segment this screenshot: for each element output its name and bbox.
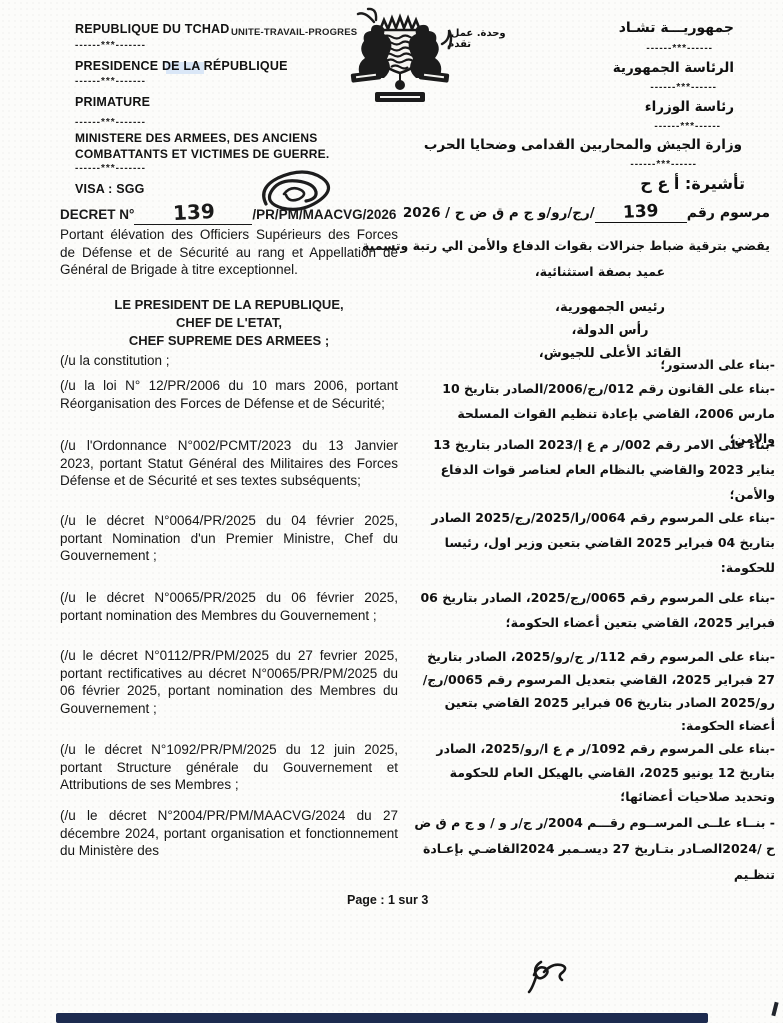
- ar-visa-constitution: -بناء على الدستور؛: [408, 352, 775, 377]
- fr-president-line3: CHEF SUPREME DES ARMEES ;: [60, 332, 398, 350]
- fr-visa-decret-1092: (/u le décret N°1092/PR/PM/2025 du 12 ju…: [60, 741, 398, 794]
- fr-visa-decret-0112: (/u le décret N°0112/PR/PM/2025 du 27 fe…: [60, 647, 398, 717]
- ar-primature-title: رئاسة الوزراء: [645, 99, 734, 115]
- fr-visa-decret-2004: (/u le décret N°2004/PR/PM/MAACVG/2024 d…: [60, 807, 398, 860]
- ar-visa-label: تأشيرة: أ ع ح: [640, 174, 745, 193]
- fr-motto: UNITE-TRAVAIL-PROGRES: [231, 27, 357, 38]
- page-bottom-edge: [56, 1013, 708, 1023]
- fr-decree-suffix: /PR/PM/MAACVG/2026: [252, 207, 396, 222]
- ar-decree-suffix: /رج/رو/و ج م ق ض ح / 2026: [403, 205, 595, 221]
- ar-ministry-title: وزارة الجيش والمحاربين القدامى وضحايا ال…: [424, 137, 742, 153]
- chad-coat-of-arms-icon: [347, 6, 453, 106]
- separator-dashes: ------***-------: [75, 40, 146, 51]
- separator-dashes: ------***------: [654, 121, 721, 132]
- fr-visa-loi-2006: (/u la loi N° 12/PR/2006 du 10 mars 2006…: [60, 377, 398, 412]
- fr-ministry-line2: COMBATTANTS ET VICTIMES DE GUERRE.: [75, 147, 329, 161]
- separator-dashes: ------***------: [650, 82, 717, 93]
- fr-presidency-title: PRESIDENCE DE LA RÉPUBLIQUE: [75, 59, 288, 73]
- ar-visa-decret-0065: -بناء على المرسوم رقم 0065/رج/2025، الصا…: [408, 585, 775, 635]
- ar-visa-decret-0064: -بناء على المرسوم رقم 0064/را/2025/رج/20…: [408, 505, 775, 580]
- ar-decree-subject-line1: يقضي بترقية ضباط جنرالات بقوات الدفاع وا…: [362, 238, 770, 253]
- ar-visa-decret-0112: -بناء على المرسوم رقم 112/ر ج/رو/2025، ا…: [408, 645, 775, 737]
- fr-visa-constitution: (/u la constitution ;: [60, 352, 398, 370]
- fr-visa-decret-0065: (/u le décret N°0065/PR/2025 du 06 févri…: [60, 589, 398, 624]
- fr-primature-title: PRIMATURE: [75, 95, 150, 109]
- ar-visa-decret-2004: - بنــاء علــى المرســوم رقـــم 2004/ر ج…: [408, 810, 775, 888]
- fr-decree-label: DECRET N°: [60, 207, 134, 222]
- fr-ministry-line1: MINISTERE DES ARMEES, DES ANCIENS: [75, 131, 317, 145]
- fr-visa-ordonnance-2023: (/u l'Ordonnance N°002/PCMT/2023 du 13 J…: [60, 437, 398, 490]
- separator-dashes: ------***-------: [75, 163, 146, 174]
- fr-president-titles: LE PRESIDENT DE LA REPUBLIQUE, CHEF DE L…: [60, 296, 398, 350]
- fr-decree-number-handwritten: 139: [172, 199, 215, 225]
- page-number-label: Page : 1 sur 3: [347, 893, 428, 907]
- ar-country-title: جمهوريـــة تشـاد: [619, 20, 734, 36]
- fr-country-title: REPUBLIQUE DU TCHAD: [75, 22, 230, 36]
- ar-decree-number-handwritten: 139: [622, 201, 658, 223]
- ar-visa-decret-1092: -بناء على المرسوم رقم 1092/ر م ع ا/رو/20…: [408, 737, 775, 809]
- fr-decree-subject: Portant élévation des Officiers Supérieu…: [60, 226, 398, 279]
- separator-dashes: ------***-------: [75, 76, 146, 87]
- ar-decree-number-line: مرسوم رقم139/رج/رو/و ج م ق ض ح / 2026: [403, 202, 770, 223]
- visa-sgg-label: VISA : SGG: [75, 182, 145, 196]
- fr-president-line2: CHEF DE L'ETAT,: [60, 314, 398, 332]
- scanned-decree-page: REPUBLIQUE DU TCHAD ------***------- PRE…: [0, 0, 783, 1023]
- ar-decree-label: مرسوم رقم: [687, 205, 770, 221]
- separator-dashes: ------***------: [630, 159, 697, 170]
- fr-decree-number-line: DECRET N°139/PR/PM/MAACVG/2026: [60, 200, 400, 225]
- ar-president-line1: رئيس الجمهورية،: [485, 296, 735, 319]
- ar-visa-ordre-2023: -بناء على الامر رقم 002/ر م ع إ/2023 الص…: [408, 432, 775, 507]
- fr-visa-decret-0064: (/u le décret N°0064/PR/2025 du 04 févri…: [60, 512, 398, 565]
- ar-decree-subject-line2: عميد بصفة استثنائية،: [480, 264, 720, 279]
- ar-presidency-title: الرئاسة الجمهورية: [613, 60, 734, 76]
- fr-president-line1: LE PRESIDENT DE LA REPUBLIQUE,: [60, 296, 398, 314]
- separator-dashes: ------***-------: [75, 117, 146, 128]
- ar-motto: وحدة. عمل. تقدم: [447, 28, 517, 50]
- ar-president-line2: رأس الدولة،: [485, 319, 735, 342]
- scan-edge-mark: [771, 1002, 778, 1017]
- separator-dashes: ------***------: [646, 43, 713, 54]
- handwritten-initials-scribble: [524, 953, 580, 999]
